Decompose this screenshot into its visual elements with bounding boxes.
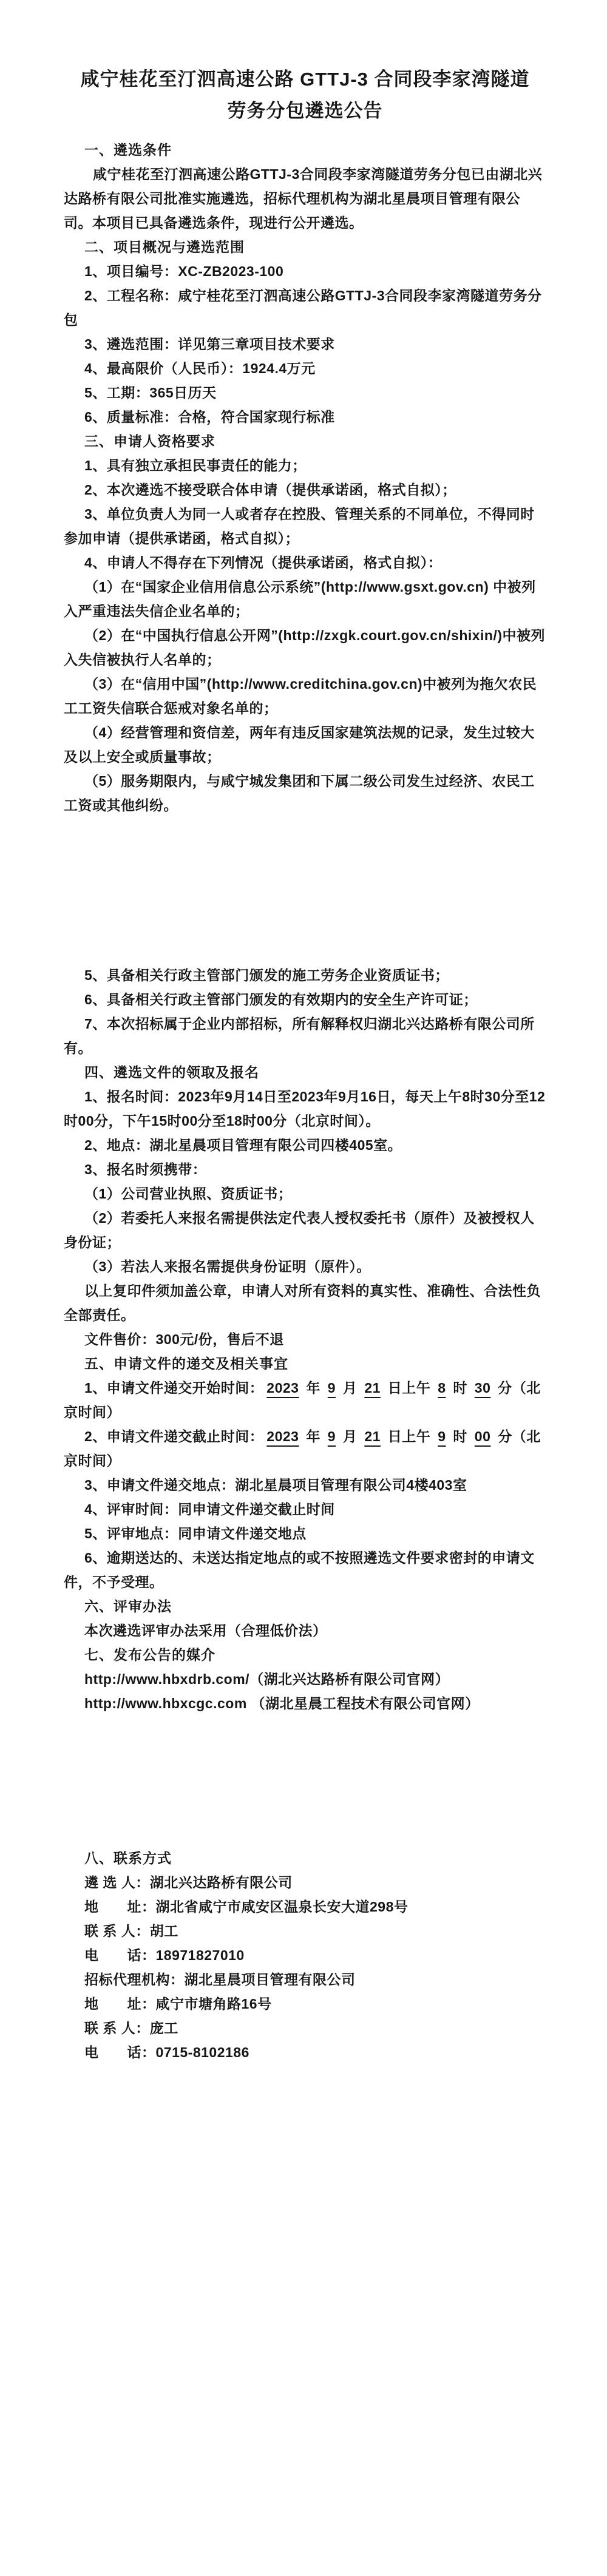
paragraph: 6、具备相关行政主管部门颁发的有效期内的安全生产许可证；	[64, 987, 546, 1012]
paragraph: 3、单位负责人为同一人或者存在控股、管理关系的不同单位，不得同时参加申请（提供承…	[64, 502, 546, 550]
paragraph: 4、申请人不得存在下列情况（提供承诺函，格式自拟）：	[64, 550, 546, 575]
text-segment: 时	[449, 1380, 472, 1396]
paragraph: （2）若委托人来报名需提供法定代表人授权委托书（原件）及被授权人身份证；	[64, 1206, 546, 1254]
section-heading: 三、申请人资格要求	[64, 429, 546, 453]
text-segment: 年	[302, 1380, 324, 1396]
paragraph: 咸宁桂花至汀泗高速公路GTTJ-3合同段李家湾隧道劳务分包已由湖北兴达路桥有限公…	[64, 162, 546, 235]
section-heading: 六、评审办法	[64, 1594, 546, 1618]
text-segment: 1、申请文件递交开始时间：	[84, 1380, 263, 1396]
underlined-value: 21	[361, 1380, 384, 1396]
text-segment: 日上午	[384, 1380, 435, 1396]
section-heading: 五、申请文件的递交及相关事宜	[64, 1351, 546, 1376]
section-heading: 一、遴选条件	[64, 138, 546, 162]
section-heading: 八、联系方式	[64, 1846, 546, 1870]
paragraph: 联 系 人：庞工	[64, 2016, 546, 2040]
paragraph: 6、质量标准：合格，符合国家现行标准	[64, 405, 546, 429]
text-segment: 日上午	[384, 1428, 435, 1444]
section-heading: 七、发布公告的媒介	[64, 1643, 546, 1667]
text-segment: 月	[339, 1428, 361, 1444]
paragraph: 联 系 人：胡工	[64, 1919, 546, 1943]
paragraph: 5、评审地点：同申请文件递交地点	[64, 1521, 546, 1546]
paragraph: 4、最高限价（人民币）：1924.4万元	[64, 356, 546, 380]
paragraph: http://www.hbxdrb.com/（湖北兴达路桥有限公司官网）	[64, 1667, 546, 1691]
title-line-1: 咸宁桂花至汀泗高速公路 GTTJ-3 合同段李家湾隧道	[80, 69, 529, 90]
underlined-value: 00	[472, 1428, 494, 1444]
paragraph: 地 址：咸宁市塘角路16号	[64, 1992, 546, 2016]
title-line-2: 劳务分包遴选公告	[228, 100, 383, 121]
document-body: 一、遴选条件咸宁桂花至汀泗高速公路GTTJ-3合同段李家湾隧道劳务分包已由湖北兴…	[64, 138, 546, 2064]
underlined-value: 2023	[263, 1428, 302, 1444]
section-heading: 二、项目概况与遴选范围	[64, 235, 546, 259]
paragraph: 1、具有独立承担民事责任的能力；	[64, 453, 546, 478]
underlined-value: 21	[361, 1428, 384, 1444]
paragraph: 2、申请文件递交截止时间：2023 年 9 月 21 日上午 9 时 00 分（…	[64, 1424, 546, 1473]
paragraph: （1）公司营业执照、资质证书；	[64, 1182, 546, 1206]
paragraph: 3、申请文件递交地点：湖北星晨项目管理有限公司4楼403室	[64, 1473, 546, 1497]
paragraph: 地 址：湖北省咸宁市咸安区温泉长安大道298号	[64, 1895, 546, 1919]
paragraph: （5）服务期限内，与咸宁城发集团和下属二级公司发生过经济、农民工工资或其他纠纷。	[64, 769, 546, 817]
paragraph: 电 话：0715-8102186	[64, 2040, 546, 2064]
text-segment: 时	[449, 1428, 472, 1444]
underlined-value: 9	[435, 1428, 449, 1444]
paragraph: 7、本次招标属于企业内部招标，所有解释权归湖北兴达路桥有限公司所有。	[64, 1012, 546, 1060]
paragraph: （3）在“信用中国”(http://www.creditchina.gov.cn…	[64, 672, 546, 720]
text-segment: 月	[339, 1380, 361, 1396]
paragraph: 5、具备相关行政主管部门颁发的施工劳务企业资质证书；	[64, 963, 546, 987]
paragraph: 遴 选 人：湖北兴达路桥有限公司	[64, 1870, 546, 1895]
paragraph: 电 话：18971827010	[64, 1943, 546, 1967]
paragraph: 招标代理机构：湖北星晨项目管理有限公司	[64, 1967, 546, 1992]
paragraph: 文件售价：300元/份，售后不退	[64, 1327, 546, 1351]
paragraph: 2、地点：湖北星晨项目管理有限公司四楼405室。	[64, 1133, 546, 1157]
underlined-value: 8	[435, 1380, 449, 1396]
document-page: 咸宁桂花至汀泗高速公路 GTTJ-3 合同段李家湾隧道 劳务分包遴选公告 一、遴…	[0, 0, 607, 2576]
paragraph: 5、工期：365日历天	[64, 380, 546, 405]
paragraph: 3、报名时须携带：	[64, 1157, 546, 1182]
underlined-value: 9	[325, 1380, 339, 1396]
underlined-value: 2023	[263, 1380, 302, 1396]
section-heading: 四、遴选文件的领取及报名	[64, 1060, 546, 1084]
paragraph: （3）若法人来报名需提供身份证明（原件）。	[64, 1254, 546, 1279]
paragraph: 1、报名时间：2023年9月14日至2023年9月16日，每天上午8时30分至1…	[64, 1084, 546, 1133]
text-segment: 年	[302, 1428, 324, 1444]
underlined-value: 9	[325, 1428, 339, 1444]
paragraph: 1、项目编号：XC-ZB2023-100	[64, 259, 546, 283]
document-title: 咸宁桂花至汀泗高速公路 GTTJ-3 合同段李家湾隧道 劳务分包遴选公告	[64, 64, 546, 127]
paragraph: 3、遴选范围：详见第三章项目技术要求	[64, 332, 546, 356]
paragraph: （1）在“国家企业信用信息公示系统”(http://www.gsxt.gov.c…	[64, 575, 546, 623]
paragraph: （2）在“中国执行信息公开网”(http://zxgk.court.gov.cn…	[64, 623, 546, 672]
paragraph: 2、工程名称：咸宁桂花至汀泗高速公路GTTJ-3合同段李家湾隧道劳务分包	[64, 283, 546, 332]
text-segment: 2、申请文件递交截止时间：	[84, 1428, 263, 1444]
paragraph: 以上复印件须加盖公章，申请人对所有资料的真实性、准确性、合法性负全部责任。	[64, 1279, 546, 1327]
paragraph: 6、逾期送达的、未送达指定地点的或不按照遴选文件要求密封的申请文件，不予受理。	[64, 1546, 546, 1594]
paragraph: 2、本次遴选不接受联合体申请（提供承诺函，格式自拟）；	[64, 478, 546, 502]
paragraph: （4）经营管理和资信差，两年有违反国家建筑法规的记录，发生过较大及以上安全或质量…	[64, 720, 546, 769]
paragraph: 4、评审时间：同申请文件递交截止时间	[64, 1497, 546, 1521]
underlined-value: 30	[472, 1380, 494, 1396]
paragraph: http://www.hbxcgc.com （湖北星晨工程技术有限公司官网）	[64, 1691, 546, 1716]
paragraph: 本次遴选评审办法采用（合理低价法）	[64, 1618, 546, 1643]
paragraph: 1、申请文件递交开始时间：2023 年 9 月 21 日上午 8 时 30 分（…	[64, 1376, 546, 1424]
